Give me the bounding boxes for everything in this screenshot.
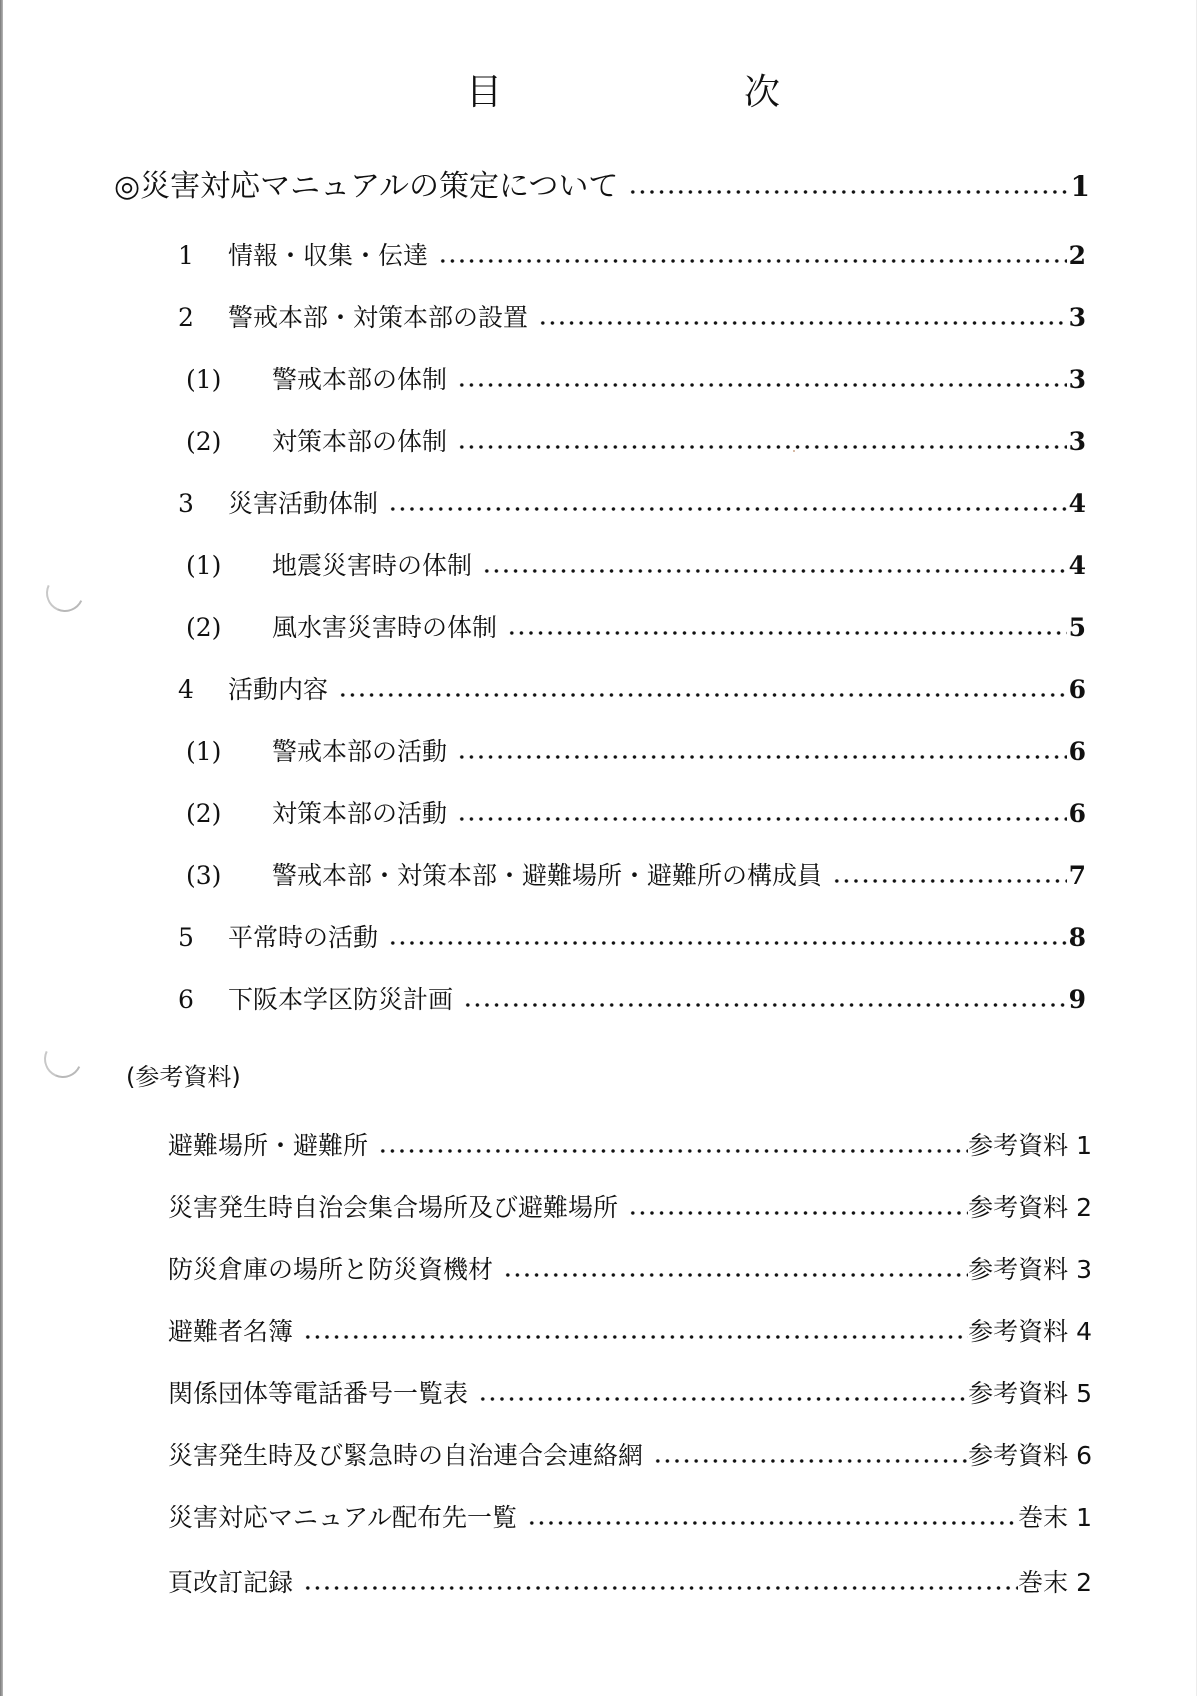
- toc-item-number: 2: [178, 303, 228, 333]
- toc-page-number: 7: [1069, 861, 1086, 891]
- toc-item-number: 1: [178, 241, 228, 271]
- toc-item-number: 5: [178, 923, 228, 953]
- toc-page-number: 6: [1069, 799, 1086, 829]
- punch-hole-mark-lower: [39, 1035, 88, 1084]
- toc-section-row[interactable]: 6下阪本学区防災計画9: [178, 981, 1086, 1015]
- toc-label: 災害発生時自治会集合場所及び避難場所: [168, 1193, 618, 1223]
- toc-reference-page: 巻末 1: [1018, 1503, 1092, 1533]
- toc-section-row[interactable]: 5平常時の活動8: [178, 919, 1086, 953]
- toc-page-number: 2: [1069, 241, 1086, 271]
- toc-label: 対策本部の活動: [272, 799, 447, 829]
- dot-leader: [538, 303, 1067, 333]
- toc-main-heading[interactable]: ◎災害対応マニュアルの策定について 1: [114, 168, 1090, 202]
- toc-reference-row[interactable]: 災害対応マニュアル配布先一覧巻末 1: [168, 1499, 1092, 1533]
- toc-page-number: 8: [1069, 923, 1086, 953]
- dot-leader: [503, 1255, 968, 1285]
- dot-leader: [628, 172, 1068, 202]
- punch-hole-mark-upper: [41, 569, 90, 618]
- dot-leader: [338, 675, 1067, 705]
- dot-leader: [628, 1193, 968, 1223]
- toc-item-number: 3: [178, 489, 228, 519]
- toc-item-number: (2): [186, 799, 272, 829]
- dot-leader: [303, 1317, 968, 1347]
- toc-reference-page: 参考資料 6: [968, 1441, 1092, 1471]
- dot-leader: [438, 241, 1067, 271]
- toc-item-number: (2): [186, 613, 272, 643]
- toc-subsection-row[interactable]: (1)警戒本部の体制3: [186, 361, 1086, 395]
- toc-reference-page: 巻末 2: [1018, 1568, 1092, 1598]
- toc-reference-row[interactable]: 避難場所・避難所参考資料 1: [168, 1127, 1092, 1161]
- toc-item-number: 4: [178, 675, 228, 705]
- dot-leader: [457, 737, 1067, 767]
- toc-section-row[interactable]: 3災害活動体制4: [178, 485, 1086, 519]
- toc-reference-row[interactable]: 避難者名簿参考資料 4: [168, 1313, 1092, 1347]
- toc-label: 防災倉庫の場所と防災資機材: [168, 1255, 493, 1285]
- toc-label: 災害活動体制: [228, 489, 378, 519]
- toc-item-number: (3): [186, 861, 272, 891]
- toc-label: 対策本部の体制: [272, 427, 447, 457]
- dot-leader: [527, 1503, 1018, 1533]
- toc-section-row[interactable]: 1情報・収集・伝達2: [178, 237, 1086, 271]
- toc-item-number: (2): [186, 427, 272, 457]
- dot-leader: [653, 1441, 968, 1471]
- toc-item-number: (1): [186, 737, 272, 767]
- dot-leader: [378, 1131, 968, 1161]
- dot-leader: [457, 427, 1067, 457]
- toc-label: 災害対応マニュアル配布先一覧: [168, 1503, 517, 1533]
- toc-page-number: 1: [1071, 172, 1090, 202]
- page-title: 目 次: [0, 70, 1200, 120]
- scan-right-edge: [1196, 0, 1197, 1696]
- dot-leader: [482, 551, 1067, 581]
- toc-subsection-row[interactable]: (2)対策本部の体制3: [186, 423, 1086, 457]
- toc-label: 災害発生時及び緊急時の自治連合会連絡網: [168, 1441, 643, 1471]
- toc-label: 警戒本部の活動: [272, 737, 447, 767]
- toc-page-number: 4: [1069, 489, 1086, 519]
- dot-leader: [832, 861, 1067, 891]
- toc-subsection-row[interactable]: (1)警戒本部の活動6: [186, 733, 1086, 767]
- dot-leader: [478, 1379, 968, 1409]
- toc-reference-page: 参考資料 1: [968, 1131, 1092, 1161]
- toc-label: 警戒本部・対策本部の設置: [228, 303, 528, 333]
- toc-label: ◎災害対応マニュアルの策定について: [114, 172, 618, 202]
- toc-label: 警戒本部の体制: [272, 365, 447, 395]
- toc-reference-page: 参考資料 2: [968, 1193, 1092, 1223]
- dot-leader: [457, 365, 1067, 395]
- title-char-2: 次: [744, 70, 780, 116]
- toc-page-number: 3: [1069, 365, 1086, 395]
- toc-page-number: 6: [1069, 675, 1086, 705]
- toc-item-number: 6: [178, 985, 228, 1015]
- toc-subsection-row[interactable]: (2)対策本部の活動6: [186, 795, 1086, 829]
- dot-leader: [388, 489, 1067, 519]
- toc-label: 平常時の活動: [228, 923, 378, 953]
- toc-label: 避難場所・避難所: [168, 1131, 368, 1161]
- toc-section-row[interactable]: 4活動内容6: [178, 671, 1086, 705]
- toc-subsection-row[interactable]: (3)警戒本部・対策本部・避難場所・避難所の構成員7: [186, 857, 1086, 891]
- toc-page-number: 3: [1069, 303, 1086, 333]
- toc-page-number: 6: [1069, 737, 1086, 767]
- toc-label: 風水害災害時の体制: [272, 613, 497, 643]
- toc-page-number: 5: [1069, 613, 1086, 643]
- toc-label: 頁改訂記録: [168, 1568, 293, 1598]
- toc-page-number: 3: [1069, 427, 1086, 457]
- toc-subsection-row[interactable]: (2)風水害災害時の体制5: [186, 609, 1086, 643]
- dot-leader: [457, 799, 1067, 829]
- toc-item-number: (1): [186, 365, 272, 395]
- title-char-1: 目: [466, 70, 502, 116]
- toc-page-number: 4: [1069, 551, 1086, 581]
- toc-item-number: (1): [186, 551, 272, 581]
- toc-label: 地震災害時の体制: [272, 551, 472, 581]
- dot-leader: [463, 985, 1067, 1015]
- toc-label: 下阪本学区防災計画: [228, 985, 453, 1015]
- toc-reference-row[interactable]: 防災倉庫の場所と防災資機材参考資料 3: [168, 1251, 1092, 1285]
- toc-reference-page: 参考資料 3: [968, 1255, 1092, 1285]
- toc-reference-row[interactable]: 関係団体等電話番号一覧表参考資料 5: [168, 1375, 1092, 1409]
- toc-reference-row[interactable]: 頁改訂記録巻末 2: [168, 1564, 1092, 1598]
- toc-subsection-row[interactable]: (1)地震災害時の体制4: [186, 547, 1086, 581]
- dot-leader: [388, 923, 1067, 953]
- reference-materials-heading: (参考資料): [126, 1062, 241, 1092]
- toc-label: 警戒本部・対策本部・避難場所・避難所の構成員: [272, 861, 822, 891]
- scan-left-edge: [0, 0, 3, 1696]
- toc-reference-row[interactable]: 災害発生時及び緊急時の自治連合会連絡網参考資料 6: [168, 1437, 1092, 1471]
- toc-section-row[interactable]: 2警戒本部・対策本部の設置3: [178, 299, 1086, 333]
- toc-reference-page: 参考資料 5: [968, 1379, 1092, 1409]
- toc-label: 情報・収集・伝達: [228, 241, 428, 271]
- toc-reference-page: 参考資料 4: [968, 1317, 1092, 1347]
- toc-label: 活動内容: [228, 675, 328, 705]
- toc-reference-row[interactable]: 災害発生時自治会集合場所及び避難場所参考資料 2: [168, 1189, 1092, 1223]
- dot-leader: [303, 1568, 1018, 1598]
- dot-leader: [507, 613, 1067, 643]
- toc-label: 避難者名簿: [168, 1317, 293, 1347]
- toc-page-number: 9: [1069, 985, 1086, 1015]
- toc-label: 関係団体等電話番号一覧表: [168, 1379, 468, 1409]
